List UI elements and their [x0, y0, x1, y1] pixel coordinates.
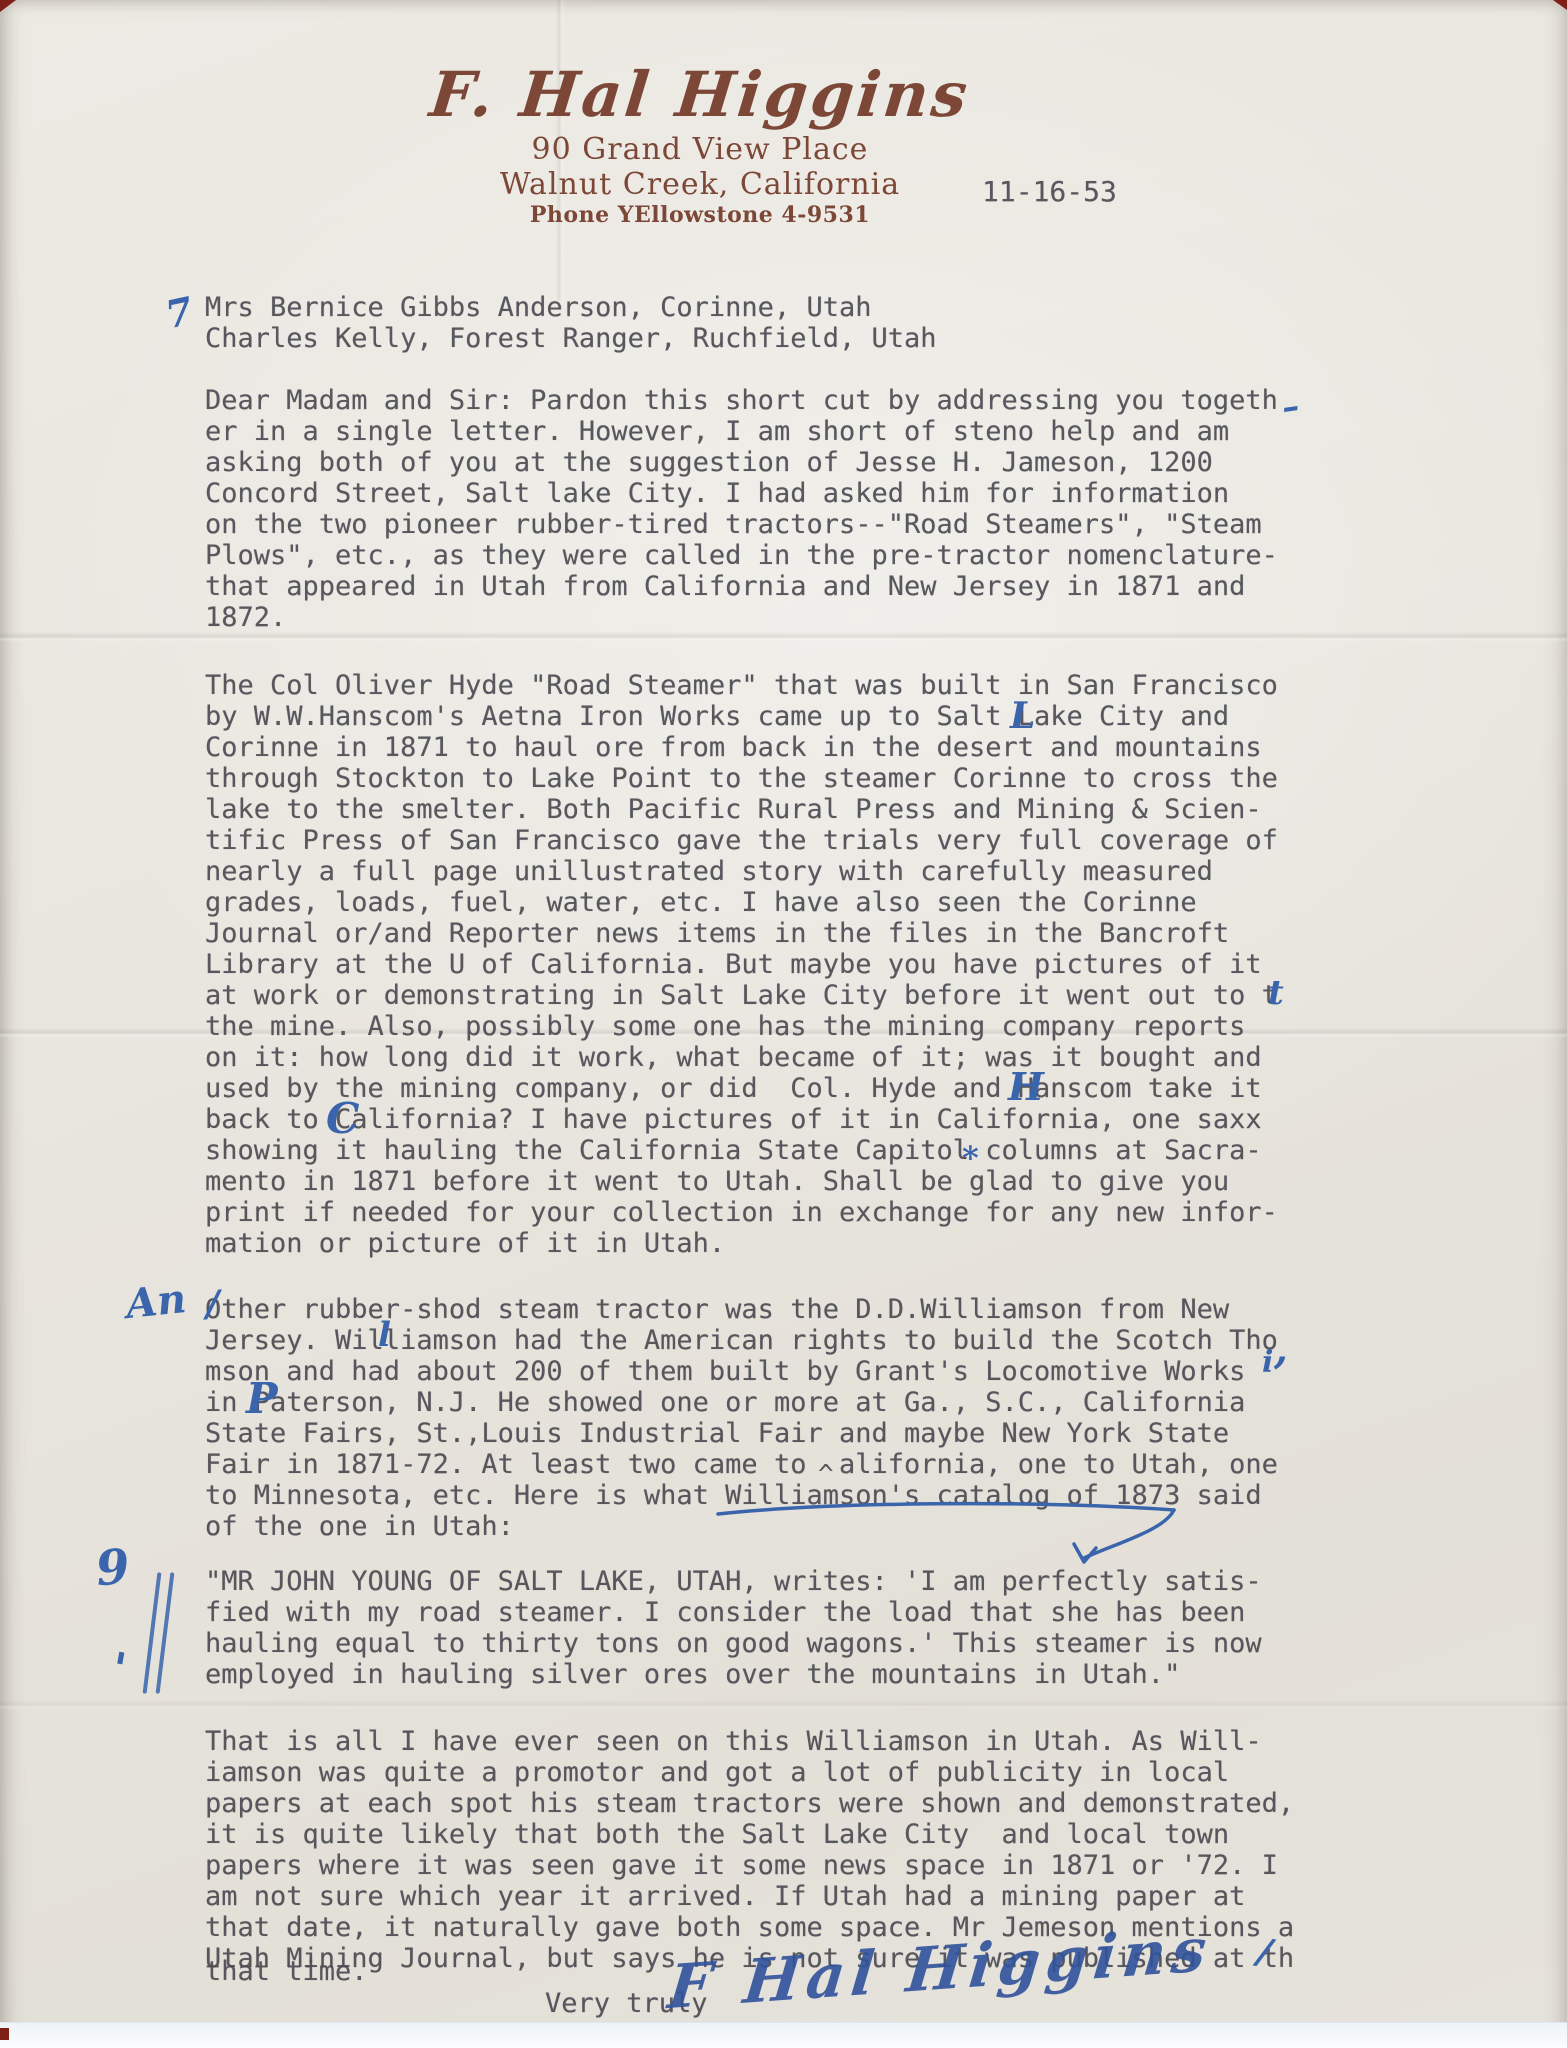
paragraph-salutation: Dear Madam and Sir: Pardon this short cu… [205, 385, 1278, 633]
scanner-bottom-strip [0, 2022, 1567, 2048]
margin-apostrophe-mark: ' [108, 1647, 129, 1693]
scanned-letter-page: F. Hal Higgins 90 Grand View Place Walnu… [0, 0, 1567, 2048]
letterhead-address-line2: Walnut Creek, California [360, 167, 1040, 202]
typed-date: 11-16-53 [982, 176, 1117, 207]
margin-An-insertion: An [124, 1279, 188, 1325]
scan-corner-artifact [0, 0, 16, 12]
margin-check-mark: 7 [162, 292, 196, 335]
letterhead-phone: Phone YEllowstone 4-9531 [360, 202, 1040, 228]
margin-nine-mark: 9 [94, 1543, 131, 1594]
fold-crease [0, 1700, 1567, 1710]
fold-crease [0, 632, 1567, 642]
catalog-underline-arrow [712, 1498, 1192, 1578]
togeth-hyphen-mark: – [1280, 389, 1302, 425]
letterhead-name: F. Hal Higgins [356, 58, 1044, 132]
paragraph-catalog-quote: "MR JOHN YOUNG OF SALT LAKE, UTAH, write… [205, 1566, 1262, 1690]
recipient-lines: Mrs Bernice Gibbs Anderson, Corinne, Uta… [205, 292, 937, 354]
overtyped-that-time: that time. [205, 1956, 368, 1987]
letterhead: F. Hal Higgins 90 Grand View Place Walnu… [360, 58, 1040, 228]
scan-corner-artifact [0, 2028, 9, 2040]
letterhead-address-line1: 90 Grand View Place [360, 132, 1040, 167]
scan-corner-artifact [1553, 0, 1567, 10]
paragraph-road-steamer: The Col Oliver Hyde "Road Steamer" that … [205, 670, 1278, 1259]
